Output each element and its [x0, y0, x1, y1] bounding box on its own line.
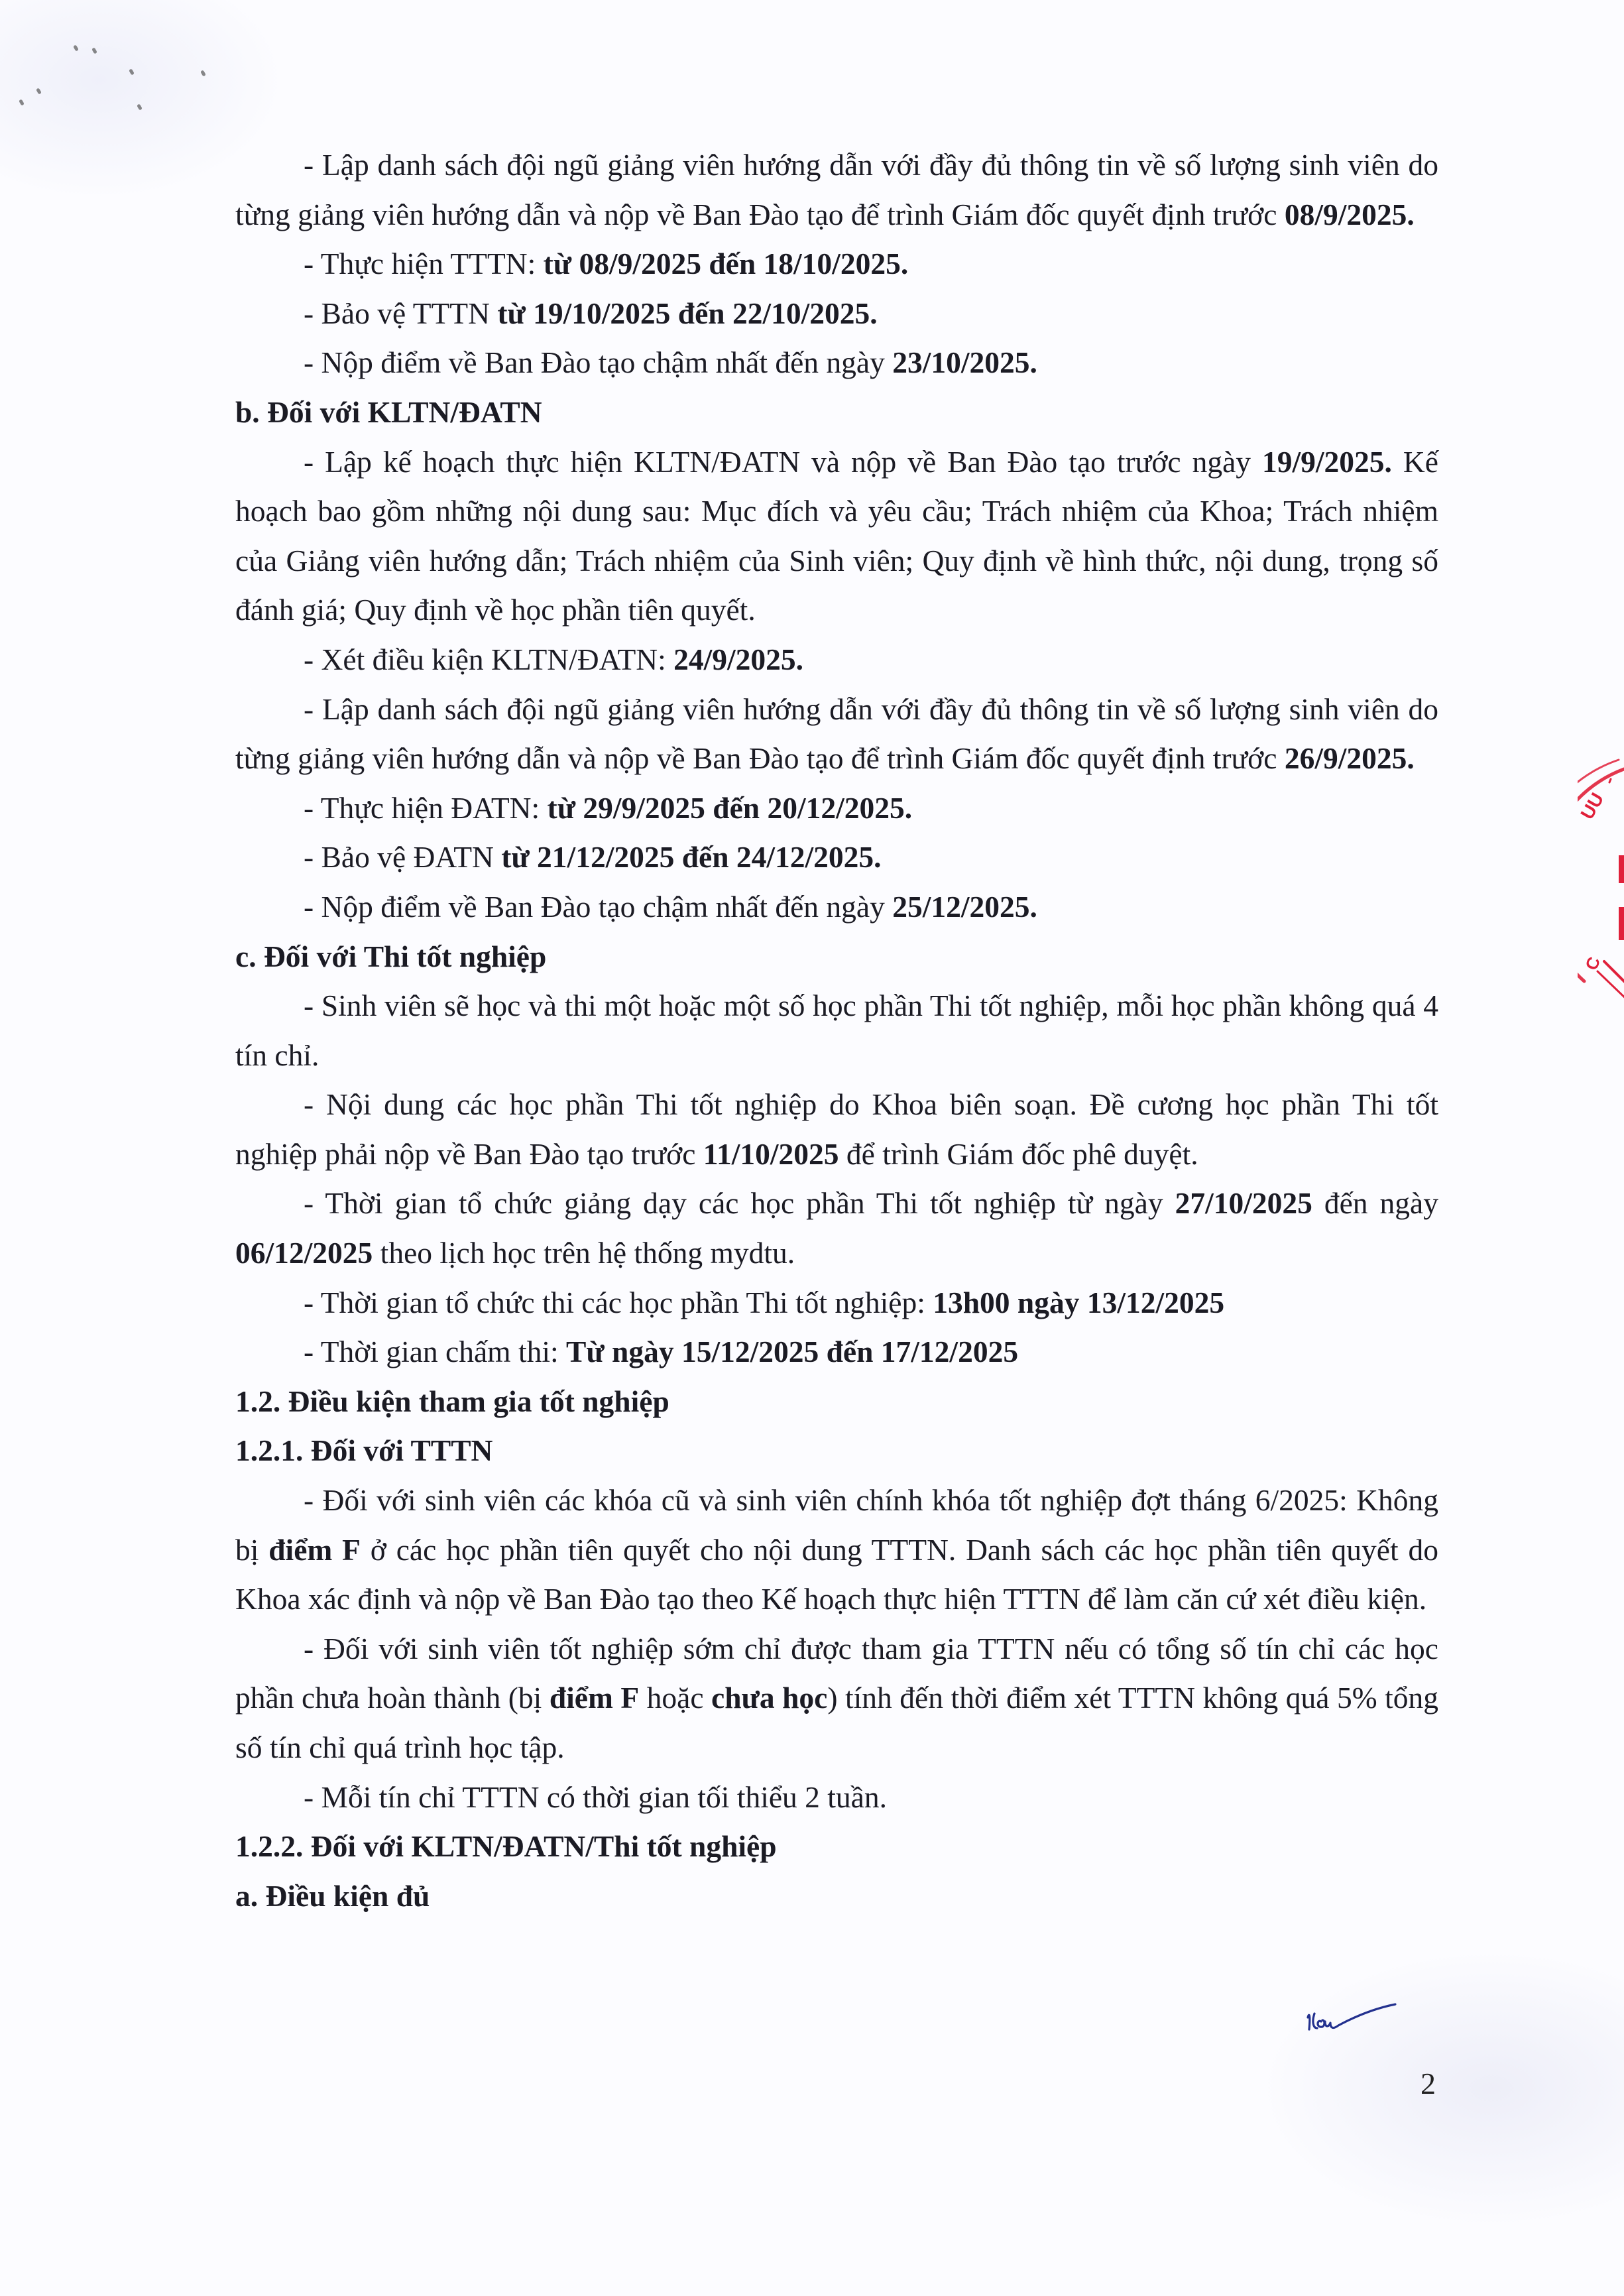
section-heading: 1.2.2. Đối với KLTN/ĐATN/Thi tốt nghiệp [235, 1822, 1438, 1872]
body-text: - Lập danh sách đội ngũ giảng viên hướng… [235, 692, 1438, 776]
emphasized-text: 27/10/2025 [1175, 1186, 1312, 1220]
emphasized-text: điểm F [268, 1533, 361, 1567]
emphasized-text: 06/12/2025 [235, 1236, 373, 1270]
list-item: - Thời gian tổ chức giảng dạy các học ph… [235, 1179, 1438, 1278]
body-text: - Nộp điểm về Ban Đào tạo chậm nhất đến … [304, 345, 892, 379]
list-item: - Thực hiện TTTN: từ 08/9/2025 đến 18/10… [235, 239, 1438, 289]
list-item: - Lập danh sách đội ngũ giảng viên hướng… [235, 685, 1438, 784]
body-text: - Thời gian chấm thi: [304, 1335, 566, 1368]
list-item: - Lập danh sách đội ngũ giảng viên hướng… [235, 141, 1438, 239]
list-item: - Sinh viên sẽ học và thi một hoặc một s… [235, 981, 1438, 1080]
emphasized-text: từ 21/12/2025 đến 24/12/2025. [501, 840, 881, 874]
svg-text:C: C [1581, 954, 1604, 973]
body-text: - Xét điều kiện KLTN/ĐATN: [304, 642, 673, 676]
body-text: - Sinh viên sẽ học và thi một hoặc một s… [235, 989, 1438, 1072]
list-item: - Đối với sinh viên các khóa cũ và sinh … [235, 1476, 1438, 1624]
signature-initials-icon [1303, 1999, 1415, 2039]
list-item: - Đối với sinh viên tốt nghiệp sớm chỉ đ… [235, 1624, 1438, 1773]
emphasized-text: 08/9/2025. [1285, 198, 1415, 231]
emphasized-text: điểm F [550, 1681, 639, 1715]
emphasized-text: 19/9/2025. [1262, 445, 1392, 479]
emphasized-text: 1.2.2. Đối với KLTN/ĐATN/Thi tốt nghiệp [235, 1829, 777, 1863]
emphasized-text: 1.2. Điều kiện tham gia tốt nghiệp [235, 1384, 669, 1418]
emphasized-text: 11/10/2025 [703, 1137, 839, 1171]
list-item: - Thời gian chấm thi: Từ ngày 15/12/2025… [235, 1327, 1438, 1377]
list-item: - Mỗi tín chỉ TTTN có thời gian tối thiể… [235, 1773, 1438, 1823]
emphasized-text: 26/9/2025. [1285, 741, 1415, 775]
list-item: - Nộp điểm về Ban Đào tạo chậm nhất đến … [235, 882, 1438, 932]
emphasized-text: từ 19/10/2025 đến 22/10/2025. [497, 296, 877, 330]
body-text: - Lập danh sách đội ngũ giảng viên hướng… [235, 148, 1438, 231]
list-item: - Nộp điểm về Ban Đào tạo chậm nhất đến … [235, 338, 1438, 388]
list-item: - Lập kế hoạch thực hiện KLTN/ĐATN và nộ… [235, 438, 1438, 635]
section-heading: c. Đối với Thi tốt nghiệp [235, 932, 1438, 982]
body-text: - Bảo vệ TTTN [304, 296, 497, 330]
body-text: hoặc [639, 1681, 711, 1715]
list-item: - Thời gian tổ chức thi các học phần Thi… [235, 1278, 1438, 1328]
emphasized-text: 23/10/2025. [892, 345, 1037, 379]
list-item: - Xét điều kiện KLTN/ĐATN: 24/9/2025. [235, 635, 1438, 685]
body-text: - Mỗi tín chỉ TTTN có thời gian tối thiể… [304, 1780, 887, 1814]
emphasized-text: b. Đối với KLTN/ĐATN [235, 395, 542, 429]
section-heading: b. Đối với KLTN/ĐATN [235, 388, 1438, 438]
emphasized-text: từ 08/9/2025 đến 18/10/2025. [544, 247, 909, 280]
emphasized-text: 24/9/2025. [673, 642, 803, 676]
body-text: - Thực hiện ĐATN: [304, 791, 548, 825]
official-stamp-icon: UU C [1578, 743, 1624, 1008]
emphasized-text: chưa học [711, 1681, 827, 1715]
emphasized-text: từ 29/9/2025 đến 20/12/2025. [548, 791, 913, 825]
body-text: ở các học phần tiên quyết cho nội dung T… [235, 1533, 1438, 1616]
emphasized-text: 1.2.1. Đối với TTTN [235, 1433, 493, 1467]
body-text: để trình Giám đốc phê duyệt. [839, 1137, 1198, 1171]
section-heading: 1.2.1. Đối với TTTN [235, 1426, 1438, 1476]
body-text: - Thực hiện TTTN: [304, 247, 544, 280]
list-item: - Thực hiện ĐATN: từ 29/9/2025 đến 20/12… [235, 784, 1438, 833]
body-text: theo lịch học trên hệ thống mydtu. [373, 1236, 795, 1270]
document-body: - Lập danh sách đội ngũ giảng viên hướng… [235, 141, 1438, 1921]
section-heading: 1.2. Điều kiện tham gia tốt nghiệp [235, 1377, 1438, 1427]
emphasized-text: a. Điều kiện đủ [235, 1879, 430, 1913]
body-text: - Thời gian tổ chức giảng dạy các học ph… [304, 1186, 1175, 1220]
body-text: - Lập kế hoạch thực hiện KLTN/ĐATN và nộ… [304, 445, 1262, 479]
body-text: - Thời gian tổ chức thi các học phần Thi… [304, 1286, 933, 1319]
emphasized-text: 25/12/2025. [892, 890, 1037, 924]
body-text: - Nộp điểm về Ban Đào tạo chậm nhất đến … [304, 890, 892, 924]
list-item: - Bảo vệ ĐATN từ 21/12/2025 đến 24/12/20… [235, 833, 1438, 882]
list-item: - Nội dung các học phần Thi tốt nghiệp d… [235, 1080, 1438, 1179]
body-text: đến ngày [1312, 1186, 1438, 1220]
emphasized-text: c. Đối với Thi tốt nghiệp [235, 939, 546, 973]
emphasized-text: Từ ngày 15/12/2025 đến 17/12/2025 [566, 1335, 1018, 1368]
list-item: - Bảo vệ TTTN từ 19/10/2025 đến 22/10/20… [235, 289, 1438, 339]
body-text: - Bảo vệ ĐATN [304, 840, 501, 874]
emphasized-text: 13h00 ngày 13/12/2025 [933, 1286, 1224, 1319]
section-heading: a. Điều kiện đủ [235, 1872, 1438, 1921]
page-number: 2 [1421, 2069, 1436, 2099]
